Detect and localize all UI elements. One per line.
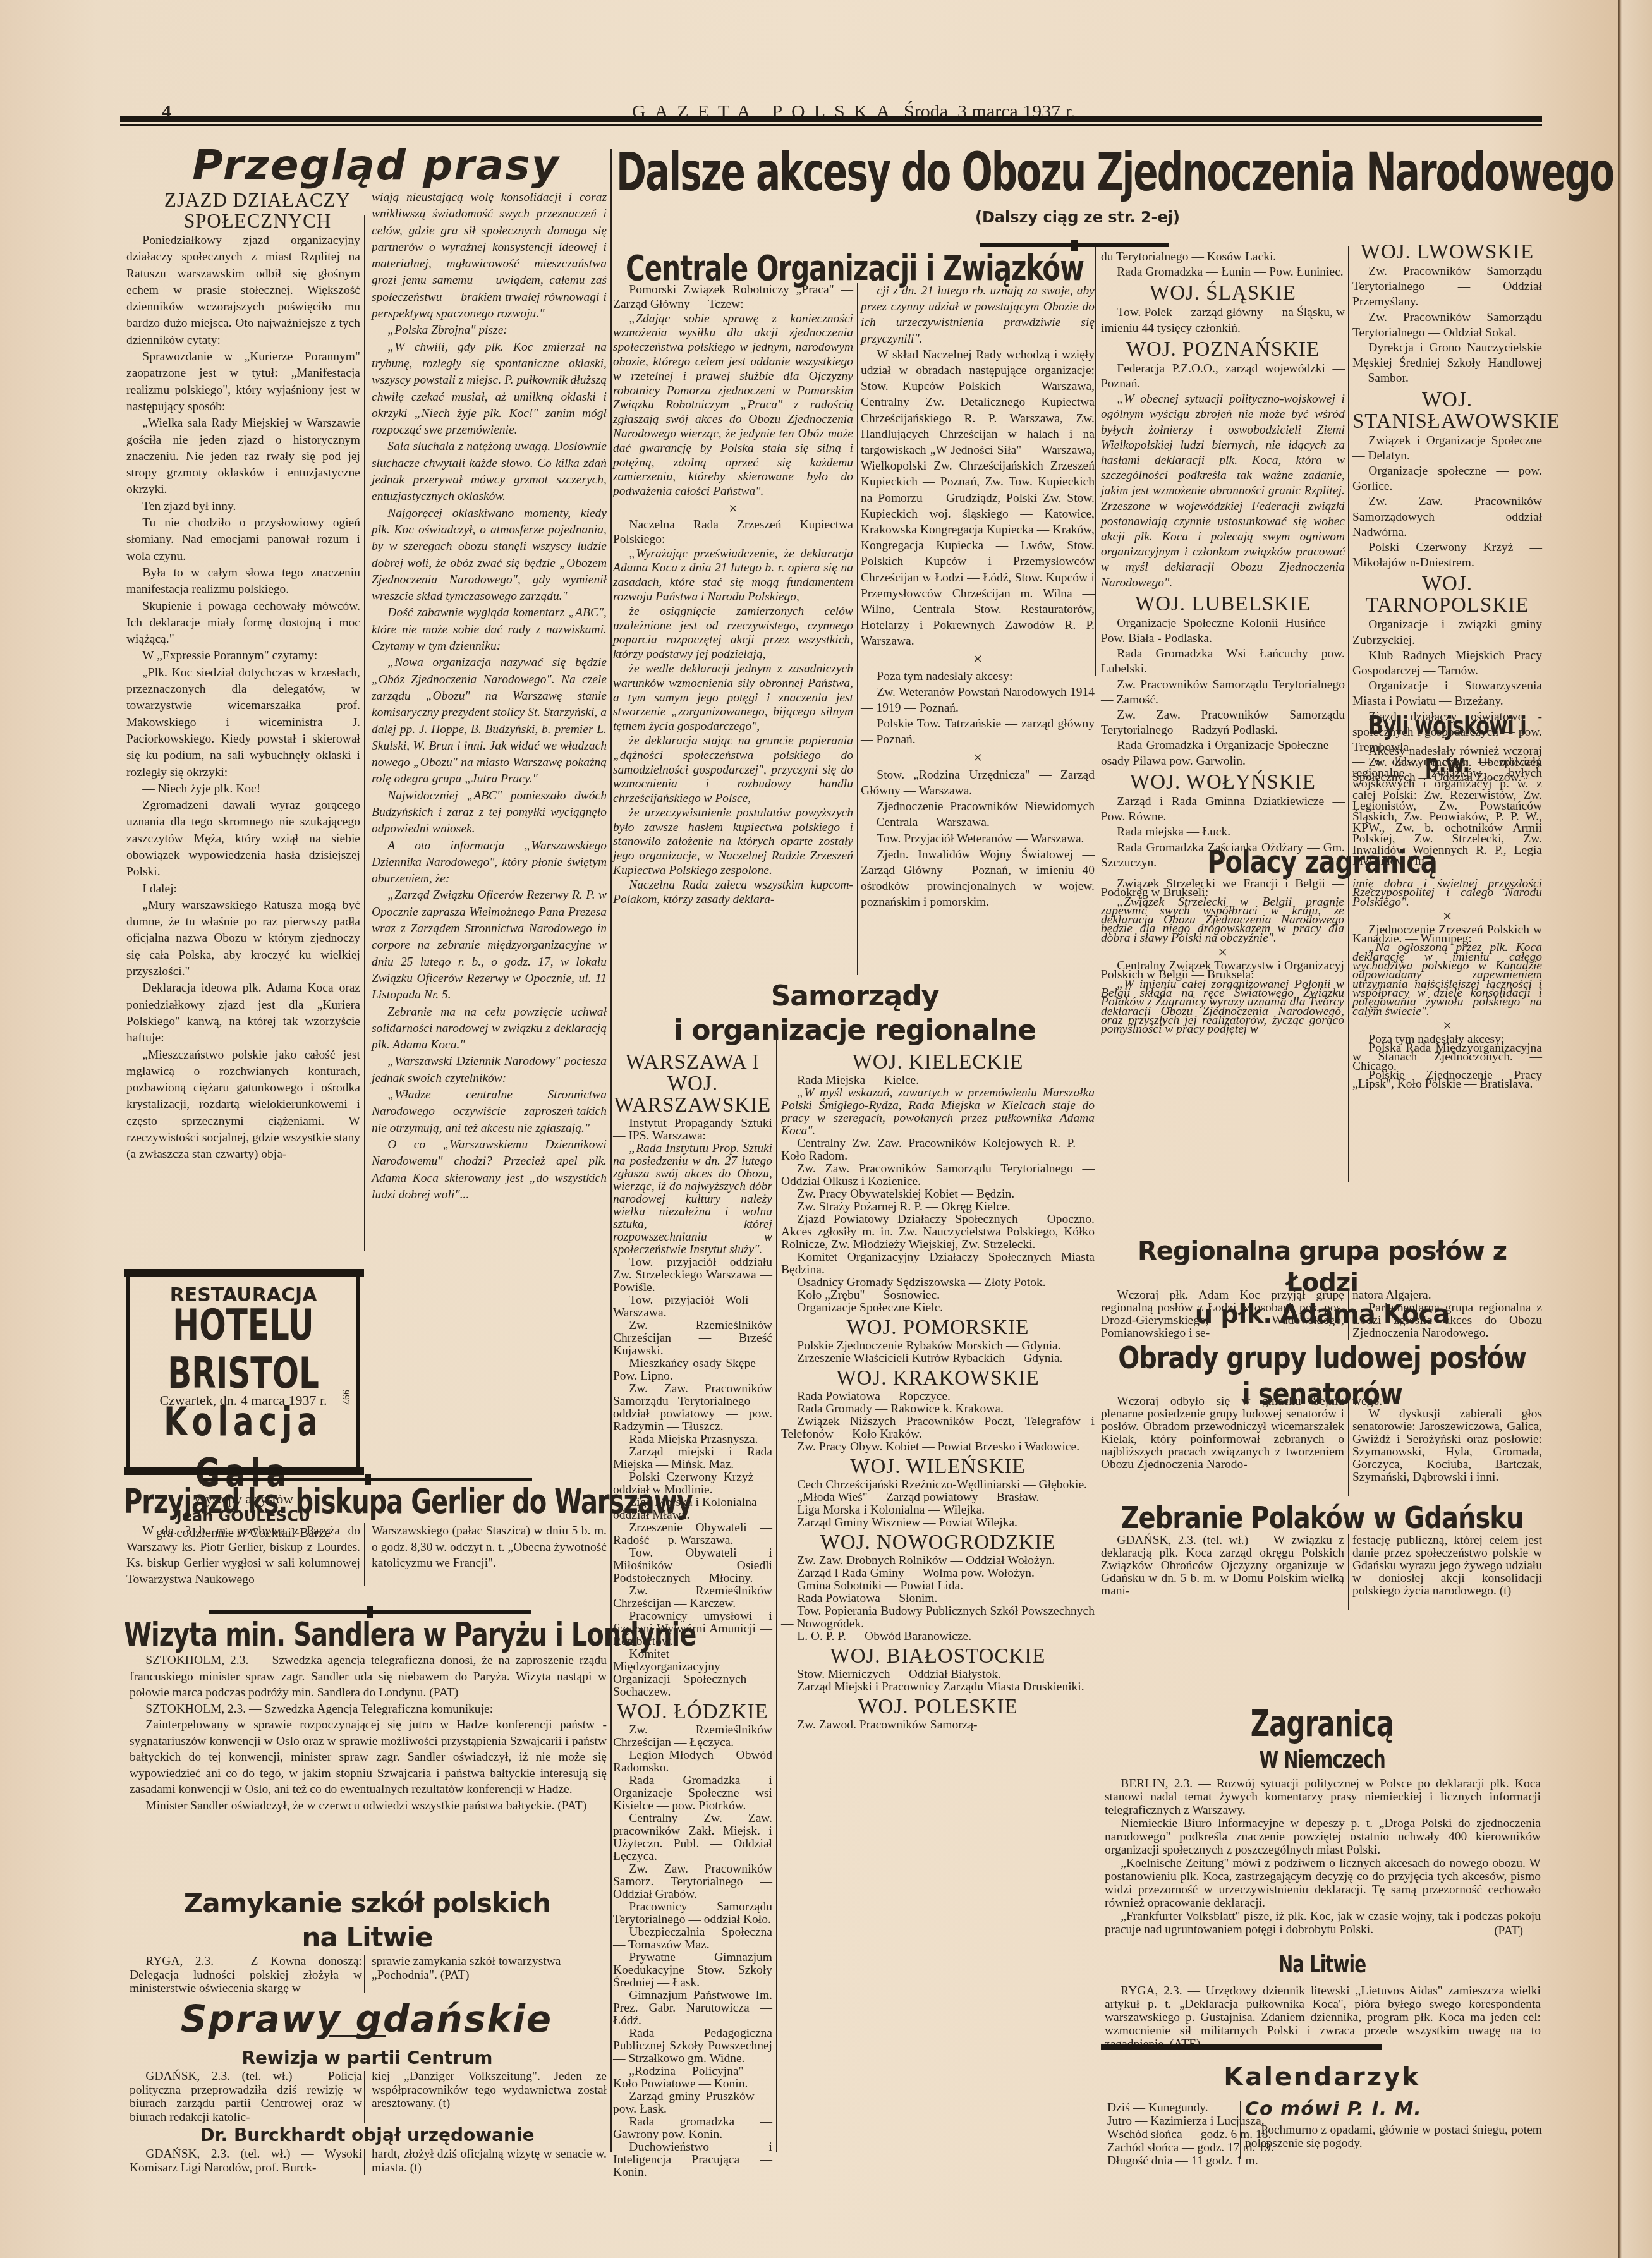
paragraph: BERLIN, 2.3. — Rozwój sytuacji polityczn…	[1105, 1777, 1541, 1817]
list-entry: Zarząd Gminy Wiszniew — Powiat Wilejka.	[781, 1517, 1095, 1529]
peasant-column-2: wego.W dyskusji zabierali głos senatorow…	[1352, 1395, 1542, 1484]
list-entry: Zw. Pracowników Samorządu Terytorialnego…	[1101, 677, 1345, 708]
regional-column-3: du Terytorialnego — Kosów Lacki.Rada Gro…	[1101, 250, 1345, 871]
paragraph: Minister Sandler oświadczył, że w czerwc…	[130, 1798, 607, 1814]
list-entry: Zw. Pracowników Samorządu Terytorialnego…	[1352, 310, 1542, 341]
list-entry: Liga Morska i Kolonialna — Wilejka.	[781, 1504, 1095, 1517]
burckhardt-column-2: hardt, złożył dziś oficjalną wizytę w se…	[372, 2147, 607, 2175]
column-divider	[610, 149, 612, 2152]
paragraph: W „Expressie Porannym" czytamy:	[126, 648, 360, 664]
list-entry: Tow. Obywateli i Miłośników Osiedli Pods…	[613, 1547, 772, 1585]
list-entry: Zw. Zaw. Pracowników Samorządu Terytoria…	[781, 1163, 1095, 1188]
list-entry: Rada Gromadzka — Łunin — Pow. Łuniniec.	[1101, 265, 1345, 280]
germany-subheadline: W Niemczech	[1101, 1744, 1543, 1775]
list-entry: Zw. Zaw. Drobnych Rolników — Oddział Woł…	[781, 1555, 1095, 1567]
local-gov-headline-line1: Samorządy	[613, 980, 1096, 1014]
list-entry: Tow. przyjaciół Woli — Warszawa.	[613, 1294, 772, 1320]
list-entry: „Wyrażając przeświadczenie, że deklaracj…	[613, 547, 853, 605]
list-entry: Zarząd miejski i Rada Miejska — Mińsk. M…	[613, 1446, 772, 1471]
burckhardt-text-cont: hardt, złożył dziś oficjalną wizytę w se…	[372, 2147, 607, 2175]
region-heading: WOJ. STANISŁAWOWSKIE	[1352, 389, 1542, 432]
central-orgs-column-2: cji z dn. 21 lutego rb. uznają za swoje,…	[861, 283, 1095, 911]
burckhardt-subheadline: Dr. Burckhardt objął urzędowanie	[124, 2125, 610, 2146]
gdansk-poles-text-cont: festację publiczną, której celem jest da…	[1352, 1534, 1542, 1598]
page-edge	[1618, 0, 1652, 2258]
list-entry: Zw. Pracy Obyw. Kobiet — Powiat Brzesko …	[781, 1441, 1095, 1454]
region-heading: WOJ. ŁÓDZKIE	[613, 1701, 772, 1723]
gdansk-poles-headline: Zebranie Polaków w Gdańsku	[1101, 1500, 1543, 1536]
list-entry: Tow. przyjaciół oddziału Zw. Strzeleckie…	[613, 1256, 772, 1294]
schools-text: RYGA, 2.3. — Z Kowna donoszą: Delegacja …	[130, 1955, 362, 1996]
ad-border-bottom	[124, 1467, 364, 1475]
list-entry: Zw. Zaw. Pracowników Samorządu Terytoria…	[613, 1383, 772, 1433]
list-entry: „Zdając sobie sprawę z konieczności wzmo…	[613, 312, 853, 499]
list-entry: Cech Chrześcijański Rzeźniczo-Wędliniars…	[781, 1479, 1095, 1491]
list-entry: Zjednoczenie Pracowników Niewidomych — C…	[861, 799, 1095, 830]
list-entry: Zrzeszenie Obywateli — Radość — p. Warsz…	[613, 1522, 772, 1547]
hotel-bristol-advert: RESTAURACJA HOTELU BRISTOL Czwartek, dn.…	[126, 1270, 360, 1469]
sandler-article: SZTOKHOLM, 2.3. — Szwedzka agencja teleg…	[130, 1653, 607, 1814]
abroad-headline: Zagranicą	[1101, 1700, 1543, 1748]
region-heading: WOJ. KIELECKIE	[781, 1052, 1095, 1073]
list-entry: Mieszkańcy osady Skępe — Pow. Lipno.	[613, 1357, 772, 1383]
paragraph: Była to w całym słowa tego znaczeniu man…	[126, 565, 360, 598]
list-entry: Komitet Organizacyjny Działaczy Społeczn…	[781, 1251, 1095, 1277]
column-divider	[1348, 1289, 1349, 1340]
paragraph: Dość zabawnie wygląda komentarz „ABC", k…	[372, 605, 607, 655]
column-divider	[364, 1523, 365, 1586]
paragraph: „W chwili, gdy plk. Koc zmierzał na tryb…	[372, 339, 607, 439]
separator-cross: ×	[861, 650, 1095, 669]
paragraph: „Plk. Koc siedział dotychczas w krzesłac…	[126, 665, 360, 781]
list-entry: Zw. Zaw. Pracowników Samorządowych — odd…	[1352, 494, 1542, 540]
gerlier-column-2: Warszawskiego (pałac Staszica) w dniu 5 …	[372, 1523, 607, 1572]
paragraph: Ten zjazd był inny.	[126, 499, 360, 515]
region-heading: WOJ. POZNAŃSKIE	[1101, 339, 1345, 360]
list-entry: Komitet Międzyorganizacyjny Organizacji …	[613, 1648, 772, 1699]
list-entry: Zarząd I Rada Gminy — Wolma pow. Wołożyn…	[781, 1567, 1095, 1580]
paragraph: Zainterpelowany w sprawie rozpoczynające…	[130, 1717, 607, 1798]
lodz-text-accession: Parlamentarna grupa regionalna z Łodzi z…	[1352, 1302, 1542, 1340]
paragraph: Skupienie i powaga cechowały mówców. Ich…	[126, 598, 360, 648]
poles-abroad-column-2: imię dobra i świetnej przyszłości Rzeczy…	[1352, 880, 1542, 1090]
press-review-subtitle: ZJAZD DZIAŁACZY SPOŁECZNYCH	[155, 190, 360, 231]
region-heading: WOJ. POLESKIE	[781, 1696, 1095, 1718]
list-entry: Rada Gromadzka i Organizacje Społeczne —…	[1101, 738, 1345, 768]
list-entry: „Rada Instytutu Prop. Sztuki na posiedze…	[613, 1143, 772, 1256]
list-entry: Koło „Zrębu" — Sosnowiec.	[781, 1289, 1095, 1302]
list-entry: Pomorski Związek Robotniczy „Praca" — Za…	[613, 283, 853, 312]
list-entry: Polskie Zjednoczenie Rybaków Morskich — …	[781, 1340, 1095, 1352]
list-entry: Zarząd Miejski i Pracownicy Zarządu Mias…	[781, 1681, 1095, 1694]
list-entry: Organizacje społeczne — pow. Gorlice.	[1352, 464, 1542, 494]
list-entry: Polskie Tow. Tatrzańskie — zarząd główny…	[861, 716, 1095, 748]
list-entry: Zw. Pracy Obywatelskiej Kobiet — Będzin.	[781, 1188, 1095, 1201]
region-heading: WOJ. BIAŁOSTOCKIE	[781, 1646, 1095, 1667]
column-divider	[1348, 1534, 1349, 1610]
list-entry: „Na ogłoszoną przez plk. Koca deklarację…	[1352, 944, 1542, 1016]
list-entry: cji z dn. 21 lutego rb. uznają za swoje,…	[861, 283, 1095, 347]
list-entry: że wedle deklaracji jednym z zasadniczyc…	[613, 662, 853, 734]
list-entry: Zjedn. Inwalidów Wojny Światowej — Zarzą…	[861, 847, 1095, 911]
list-entry: „Rodzina Policyjna" — Koło Powiatowe — K…	[613, 2065, 772, 2091]
list-entry: Poza tym nadesłały akcesy:	[861, 669, 1095, 684]
column-divider	[364, 1955, 365, 1993]
column-divider	[776, 1027, 777, 2152]
list-entry: Zrzeszenie Właścicieli Kutrów Rybackich …	[781, 1352, 1095, 1365]
poles-abroad-column-1: Związek Strzelecki we Francji i Belgii —…	[1101, 880, 1344, 1034]
list-entry: Rada Powiatowa — Ropczyce.	[781, 1390, 1095, 1403]
region-heading: WOJ. KRAKOWSKIE	[781, 1368, 1095, 1389]
germany-source: (PAT)	[1333, 1924, 1523, 1938]
paragraph: „Koelnische Zeitung" mówi z podziwem o l…	[1105, 1857, 1541, 1910]
column-divider	[1095, 246, 1096, 676]
paragraph: A oto informacja „Warszawskiego Dziennik…	[372, 838, 607, 888]
paragraph: Niemieckie Biuro Informacyjne w depeszy …	[1105, 1817, 1541, 1857]
list-entry: W skład Naczelnej Rady wchodzą i wzięły …	[861, 347, 1095, 650]
list-entry: Organizacje i związki gminy Zubrzyckiej.	[1352, 617, 1542, 648]
list-entry: Dyrekcja i Grono Nauczycielskie Męskiej …	[1352, 341, 1542, 387]
paragraph: „Warszawski Dziennik Narodowy" pociesza …	[372, 1053, 607, 1087]
lithuania-text: RYGA, 2.3. — Urzędowy dziennik litewski …	[1105, 1984, 1541, 2051]
paragraph: „Wielka sala Rady Miejskiej w Warszawie …	[126, 415, 360, 498]
gdansk-poles-column-1: GDAŃSK, 2.3. (tel. wł.) — W związku z de…	[1101, 1534, 1344, 1598]
press-review-column-1: Poniedziałkowy zjazd organizacyjny dział…	[126, 233, 360, 1163]
raid-column-1: GDAŃSK, 2.3. (tel. wł.) — Policja polity…	[130, 2070, 362, 2124]
gerlier-headline: Przyjazd ks. biskupa Gerlier do Warszawy	[124, 1478, 610, 1526]
gdansk-poles-text: GDAŃSK, 2.3. (tel. wł.) — W związku z de…	[1101, 1534, 1344, 1598]
region-heading: WOJ. NOWOGRODZKIE	[781, 1532, 1095, 1553]
paragraph: SZTOKHOLM, 2.3. — Szwedzka Agencja Teleg…	[130, 1701, 607, 1718]
paragraph: „Zarząd Związku Oficerów Rezerwy R. P. w…	[372, 887, 607, 1004]
list-entry: Tow. Przyjaciół Weteranów — Warszawa.	[861, 831, 1095, 847]
list-entry: Pracownicy umysłowi i fizyczni Wytwórni …	[613, 1610, 772, 1648]
burckhardt-text: GDAŃSK, 2.3. (tel. wł.) — Wysoki Komisar…	[130, 2147, 362, 2175]
list-entry: Zjazd Powiatowy Działaczy Społecznych — …	[781, 1213, 1095, 1251]
region-heading: WOJ. ŚLĄSKIE	[1101, 282, 1345, 304]
list-entry: Klub Radnych Miejskich Pracy Gospodarcze…	[1352, 648, 1542, 679]
column-divider	[1240, 2101, 1241, 2159]
paragraph: Najwidoczniej „ABC" pomieszało dwóch Bud…	[372, 788, 607, 838]
gdansk-poles-column-2: festację publiczną, której celem jest da…	[1352, 1534, 1542, 1598]
schools-column-2: sprawie zamykania szkół towarzystwa „Poc…	[372, 1955, 607, 1982]
list-entry: Zarząd gminy Pruszków — pow. Łask.	[613, 2091, 772, 2116]
list-entry: Centralny Zw. Zaw. Pracowników Kolejowyc…	[781, 1138, 1095, 1163]
main-headline: Dalsze akcesy do Obozu Zjednoczenia Naro…	[616, 135, 1539, 209]
region-heading: WARSZAWA I WOJ. WARSZAWSKIE	[613, 1052, 772, 1116]
gerlier-text: W dn. 3 b. m. przybywa z Paryża do Warsz…	[126, 1523, 360, 1587]
raid-text: GDAŃSK, 2.3. (tel. wł.) — Policja polity…	[130, 2070, 362, 2124]
press-review-column-2: wiają nieustającą wolę konsolidacji i co…	[372, 190, 607, 1203]
column-divider	[364, 215, 365, 1251]
lithuania-subheadline: Na Litwie	[1101, 1949, 1543, 1980]
press-review-title: Przegląd prasy	[158, 140, 594, 191]
paragraph: „Mieszczaństwo polskie jako całość jest …	[126, 1047, 360, 1163]
raid-column-2: kiej „Danziger Volkszeitung". Jeden ze w…	[372, 2070, 607, 2111]
local-gov-headline: Samorządy i organizacje regionalne	[613, 980, 1096, 1048]
calendar-line: Długość dnia — 11 godz. 1 m.	[1107, 2154, 1347, 2168]
raid-text-cont: kiej „Danziger Volkszeitung". Jeden ze w…	[372, 2070, 607, 2111]
list-entry: Polska Rada Międzyorganizacyjna w Stanac…	[1352, 1044, 1542, 1071]
paragraph: Poniedziałkowy zjazd organizacyjny dział…	[126, 233, 360, 349]
list-entry: Zarząd i Rada Gminna Dziatkiewicze — Pow…	[1101, 794, 1345, 825]
list-entry: Polski Czerwony Krzyż — oddział w Modlin…	[613, 1471, 772, 1496]
paragraph: Sala słuchała z natężoną uwagą. Dosłowni…	[372, 439, 607, 505]
small-ornament	[329, 2035, 386, 2037]
list-entry: „W obecnej sytuacji polityczno-wojskowej…	[1101, 392, 1345, 591]
main-subtitle: (Dalszy ciąg ze str. 2-ej)	[616, 209, 1539, 226]
list-entry: Gmina Sobotniki — Powiat Lida.	[781, 1580, 1095, 1593]
list-entry: „W myśl wskazań, zawartych w przemówieni…	[781, 1087, 1095, 1138]
regional-column-4: WOJ. LWOWSKIEZw. Pracowników Samorządu T…	[1352, 239, 1542, 786]
paragraph: — Niech żyje plk. Koc!	[126, 781, 360, 798]
lodz-column-2: natora Algajera.Parlamentarna grupa regi…	[1352, 1289, 1542, 1340]
paragraph: Zebranie ma na celu powzięcie uchwał sol…	[372, 1004, 607, 1054]
lodz-text: Wczoraj płk. Adam Koc przyjął grupę regi…	[1101, 1289, 1344, 1340]
paragraph: „Nowa organizacja nazywać się będzie „Ob…	[372, 655, 607, 787]
list-entry: Organizacje Społeczne Kielc.	[781, 1302, 1095, 1314]
list-entry: Rada Gromadzka i Organizacje Społeczne w…	[613, 1775, 772, 1812]
paragraph: I dalej:	[126, 881, 360, 897]
list-entry: L. O. P. P. — Obwód Baranowicze.	[781, 1630, 1095, 1643]
schools-text-cont: sprawie zamykania szkół towarzystwa „Poc…	[372, 1955, 607, 1982]
list-entry: Instytut Propagandy Sztuki — IPS. Warsza…	[613, 1117, 772, 1143]
weather-text: Pochmurno z opadami, głównie w postaci ś…	[1245, 2123, 1542, 2150]
list-entry: du Terytorialnego — Kosów Lacki.	[1101, 250, 1345, 265]
list-entry: imię dobra i świetnej przyszłości Rzeczy…	[1352, 880, 1542, 907]
list-entry: Zw. Weteranów Powstań Narodowych 1914 — …	[861, 684, 1095, 716]
separator-cross: ×	[613, 499, 853, 518]
raid-subheadline: Rewizja w partii Centrum	[124, 2048, 610, 2068]
list-entry: Zw. Rzemieślników Chrześcijan — Karczew.	[613, 1585, 772, 1610]
paragraph: „Władze centralne Stronnictwa Narodowego…	[372, 1087, 607, 1137]
schools-headline-text: Zamykanie szkół polskich na Litwie	[124, 1886, 610, 1955]
list-entry: Zw. Pracowników Samorządu Terytorialnego…	[1352, 264, 1542, 310]
ad-line-hotel: HOTELU BRISTOL	[130, 1301, 356, 1397]
region-heading: WOJ. WILEŃSKIE	[781, 1456, 1095, 1478]
list-entry: Tow. Polek — zarząd główny — na Śląsku, …	[1101, 305, 1345, 336]
central-orgs-column-1: Pomorski Związek Robotniczy „Praca" — Za…	[613, 283, 853, 907]
list-entry: Rada gromadzka — Gawrony pow. Konin.	[613, 2116, 772, 2141]
column-divider	[364, 2071, 365, 2123]
region-heading: WOJ. POMORSKIE	[781, 1317, 1095, 1338]
schools-column-1: RYGA, 2.3. — Z Kowna donoszą: Delegacja …	[130, 1955, 362, 1996]
peasant-text: Wczoraj odbyło się w gmachu Sejmu plenar…	[1101, 1395, 1344, 1471]
list-entry: Rada Miejska — Kielce.	[781, 1074, 1095, 1087]
list-entry: Rada Powiatowa — Słonim.	[781, 1593, 1095, 1605]
region-heading: WOJ. LUBELSKIE	[1101, 593, 1345, 615]
list-entry: Centralny Zw. Zaw. pracowników Zakł. Mie…	[613, 1812, 772, 1863]
column-divider	[857, 283, 858, 975]
list-entry: Zw. Zawod. Pracowników Samorzą-	[781, 1719, 1095, 1732]
region-heading: WOJ. LWOWSKIE	[1352, 241, 1542, 263]
list-entry: Polskie Zjednoczenie Pracy „Lipsk", Koło…	[1352, 1071, 1542, 1090]
list-entry: Zw. Zaw. Pracowników Samorz. Terytorialn…	[613, 1863, 772, 1901]
schools-headline: Zamykanie szkół polskich na Litwie	[124, 1886, 610, 1955]
list-entry: Rada Miejska Przasnysza.	[613, 1433, 772, 1446]
paragraph: wiają nieustającą wolę konsolidacji i co…	[372, 190, 607, 322]
list-entry: Gimnazjum Państwowe Im. Prez. Gabr. Naru…	[613, 1989, 772, 2027]
peasant-text-debate: W dyskusji zabierali głos senatorowie: J…	[1352, 1408, 1542, 1484]
list-entry: Liga Morska i Kolonialna — oddział Mława…	[613, 1496, 772, 1522]
sandler-headline: Wizyta min. Sandlera w Paryżu i Londynie	[124, 1613, 610, 1657]
column-divider	[364, 2149, 365, 2175]
paragraph: O co „Warszawskiemu Dziennikowi Narodowe…	[372, 1137, 607, 1203]
germany-article: BERLIN, 2.3. — Rozwój sytuacji polityczn…	[1105, 1777, 1541, 1936]
paragraph: „Mury warszawskiego Ratusza mogą być dum…	[126, 897, 360, 980]
lithuania-article: RYGA, 2.3. — Urzędowy dziennik litewski …	[1105, 1984, 1541, 2051]
list-entry: Rada miejska — Łuck.	[1101, 825, 1345, 840]
list-entry: Zw. Rzemieślników Chrześcijan — Łęczyca.	[613, 1724, 772, 1749]
local-gov-column-2: WOJ. KIELECKIERada Miejska — Kielce.„W m…	[781, 1049, 1095, 1732]
paragraph: „Polska Zbrojna" pisze:	[372, 322, 607, 339]
separator-cross: ×	[861, 748, 1095, 767]
peasant-headline-line1: Obrady grupy ludowej posłów	[1101, 1340, 1543, 1376]
gerlier-text-cont: Warszawskiego (pałac Staszica) w dniu 5 …	[372, 1523, 607, 1572]
list-entry: Zw. Straży Pożarnej R. P. — Okręg Kielce…	[781, 1201, 1095, 1213]
list-entry: Stow. Mierniczych — Oddział Białystok.	[781, 1668, 1095, 1681]
list-entry: Duchowieństwo i Inteligencja Pracująca —…	[613, 2141, 772, 2179]
column-divider	[1348, 1395, 1349, 1496]
list-entry: Organizacje Społeczne Kolonii Husińce — …	[1101, 616, 1345, 646]
paragraph: SZTOKHOLM, 2.3. — Szwedzka agencja teleg…	[130, 1653, 607, 1701]
weather-headline: Co mówi P. I. M.	[1245, 2098, 1542, 2121]
paragraph: Deklaracja ideowa plk. Adama Koca oraz p…	[126, 980, 360, 1047]
poles-abroad-headline: Polacy zagranicą	[1101, 843, 1543, 883]
list-entry: Zw. Rzemieślników Chrześcijan — Brześć K…	[613, 1320, 772, 1357]
list-entry: Tow. Popierania Budowy Publicznych Szkół…	[781, 1605, 1095, 1630]
list-entry: „Młoda Wieś" — Zarząd powiatowy — Brasła…	[781, 1491, 1095, 1504]
region-heading: WOJ. TARNOPOLSKIE	[1352, 573, 1542, 616]
lodz-text-cont: natora Algajera.	[1352, 1289, 1542, 1302]
list-entry: że deklaracja stając na gruncie popieran…	[613, 734, 853, 806]
peasant-text-cont: wego.	[1352, 1395, 1542, 1408]
list-entry: że osiągnięcie zamierzonych celów uzależ…	[613, 605, 853, 662]
list-entry: Osadnicy Gromady Sędziszowska — Złoty Po…	[781, 1277, 1095, 1289]
paragraph: Sprawozdanie w „Kurierze Porannym" zaopa…	[126, 349, 360, 415]
region-heading: WOJ. WOŁYŃSKIE	[1101, 772, 1345, 793]
list-entry: Naczelna Rada zaleca wszystkim kupcom-Po…	[613, 878, 853, 907]
list-entry: Naczelna Rada Zrzeszeń Kupiectwa Polskie…	[613, 518, 853, 547]
gerlier-column-1: W dn. 3 b. m. przybywa z Paryża do Warsz…	[126, 1523, 360, 1587]
peasant-column-1: Wczoraj odbyło się w gmachu Sejmu plenar…	[1101, 1395, 1344, 1471]
calendar-rule	[1101, 2044, 1382, 2050]
local-gov-column-1: WARSZAWA I WOJ. WARSZAWSKIEInstytut Prop…	[613, 1049, 772, 2179]
ad-code: 997	[339, 1390, 351, 1405]
list-entry: Rada Gromadzka Wsi Łańcuchy pow. Lubelsk…	[1101, 646, 1345, 677]
list-entry: „Związek Strzelecki w Belgii pragnie zap…	[1101, 898, 1344, 943]
list-entry: Pracownicy Samorządu Terytorialnego — od…	[613, 1901, 772, 1926]
weather-forecast: Pochmurno z opadami, głównie w postaci ś…	[1245, 2123, 1542, 2150]
burckhardt-column-1: GDAŃSK, 2.3. (tel. wł.) — Wysoki Komisar…	[130, 2147, 362, 2175]
list-entry: Związek i Organizacje Społeczne — Delaty…	[1352, 434, 1542, 464]
list-entry: Zw. Zaw. Pracowników Samorządu Terytoria…	[1101, 708, 1345, 738]
column-divider	[1348, 880, 1349, 1181]
list-entry: Prywatne Gimnazjum Koedukacyjne Stow. Sz…	[613, 1951, 772, 1989]
list-entry: Federacja P.Z.O.O., zarząd wojewódzki — …	[1101, 361, 1345, 392]
list-entry: Ubezpieczalnia Społeczna — Tomaszów Maz.	[613, 1926, 772, 1951]
list-entry: że urzeczywistnienie postulatów powyższy…	[613, 806, 853, 878]
header-rule	[120, 116, 1542, 124]
list-entry: Polski Czerwony Krzyż — Mikołajów n-Dnie…	[1352, 540, 1542, 571]
list-entry: Organizacje i Stowarzyszenia Miasta i Po…	[1352, 679, 1542, 709]
paragraph: Zgromadzeni dawali wyraz gorącego uznani…	[126, 798, 360, 880]
paragraph: Tu nie chodziło o przysłowiowy ogień sło…	[126, 515, 360, 565]
list-entry: Rada Pedagogiczna Publicznej Szkoły Pows…	[613, 2027, 772, 2065]
list-entry: Stow. „Rodzina Urzędnicza" — Zarząd Głów…	[861, 767, 1095, 799]
list-entry: Związek Niższych Pracowników Poczt, Tele…	[781, 1416, 1095, 1441]
list-entry: Rada Gromady — Rakowice k. Krakowa.	[781, 1403, 1095, 1416]
local-gov-headline-line2: i organizacje regionalne	[613, 1014, 1096, 1048]
lodz-column-1: Wczoraj płk. Adam Koc przyjął grupę regi…	[1101, 1289, 1344, 1340]
list-entry: Legion Młodych — Obwód Radomsko.	[613, 1749, 772, 1775]
calendar-headline: Kalendarzyk	[1101, 2061, 1543, 2093]
paragraph: Najgoręcej oklaskiwano momenty, kiedy pl…	[372, 506, 607, 605]
list-entry: „W imieniu całej zorganizowanej Polonii …	[1101, 980, 1344, 1035]
